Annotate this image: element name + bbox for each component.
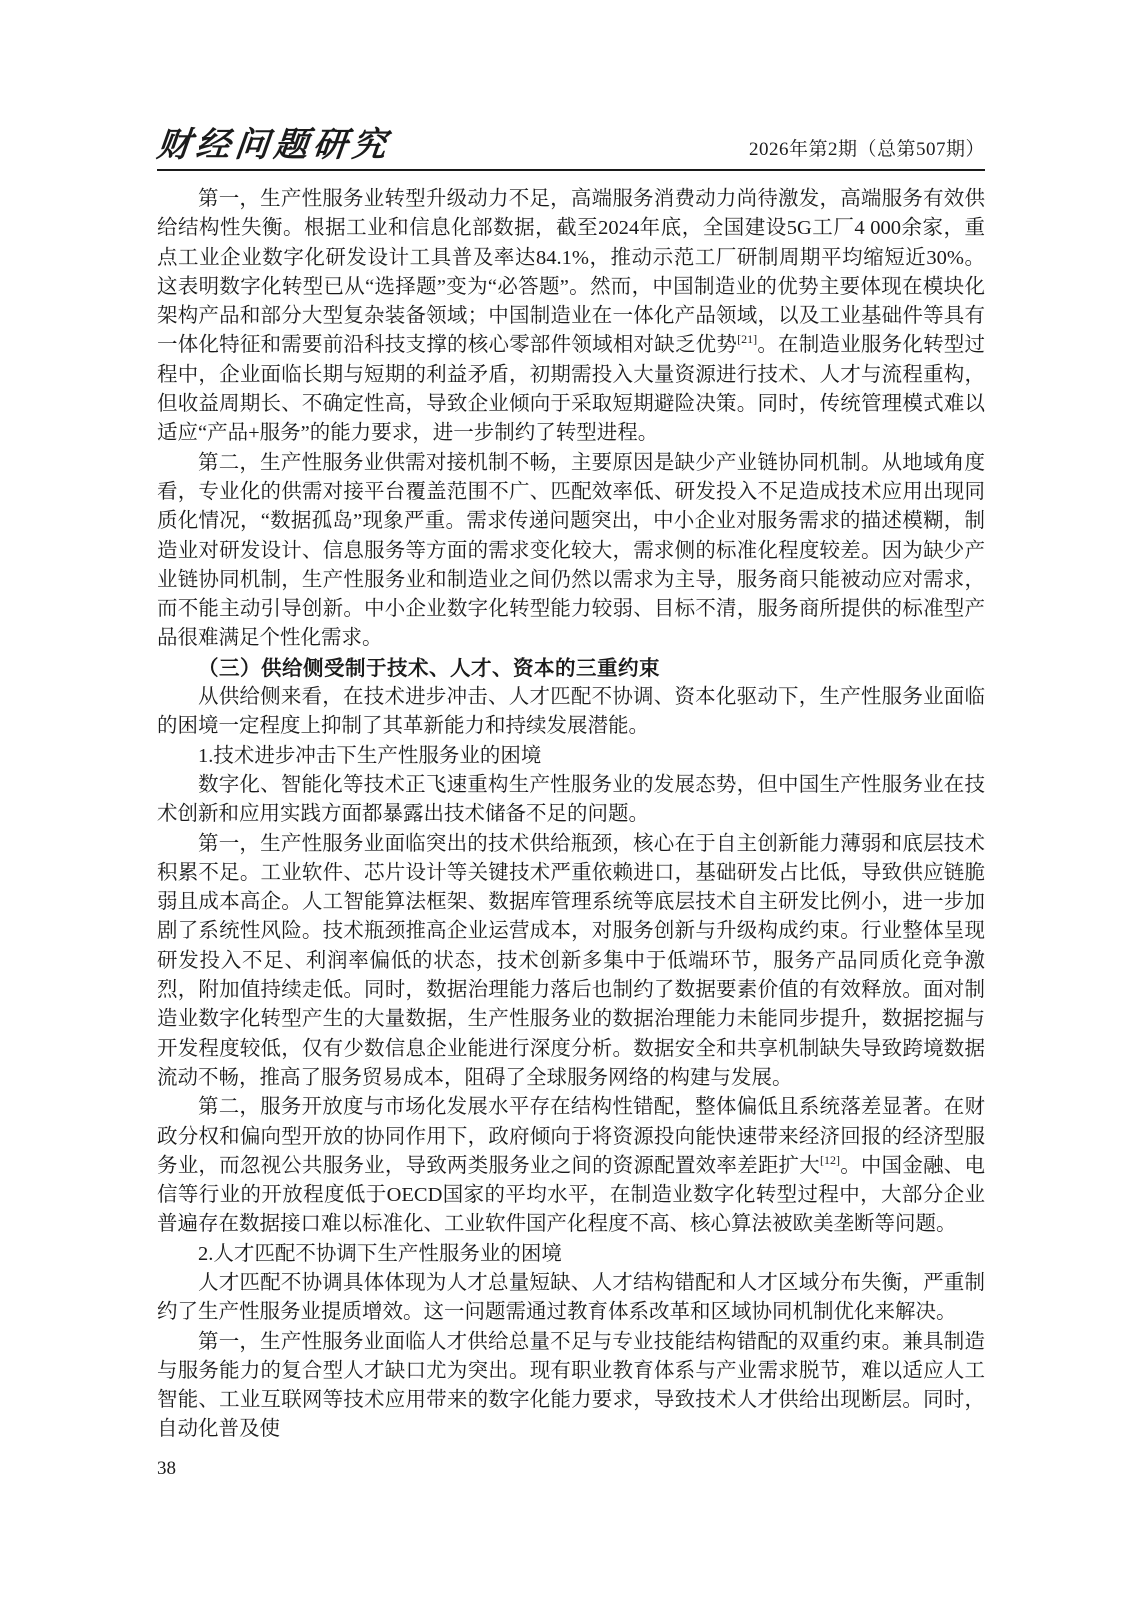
citation-ref: [21] <box>737 333 757 347</box>
article-body: 第一，生产性服务业转型升级动力不足，高端服务消费动力尚待激发，高端服务有效供给结… <box>157 185 985 1445</box>
body-paragraph: 从供给侧来看，在技术进步冲击、人才匹配不协调、资本化驱动下，生产性服务业面临的困… <box>157 683 985 742</box>
body-paragraph: 第二，生产性服务业供需对接机制不畅，主要原因是缺少产业链协同机制。从地域角度看，… <box>157 449 985 654</box>
body-paragraph: 第一，生产性服务业面临突出的技术供给瓶颈，核心在于自主创新能力薄弱和底层技术积累… <box>157 830 985 1094</box>
journal-page: 财经问题研究 2026年第2期（总第507期） 第一，生产性服务业转型升级动力不… <box>0 0 1140 1600</box>
body-paragraph: 人才匹配不协调具体体现为人才总量短缺、人才结构错配和人才区域分布失衡，严重制约了… <box>157 1269 985 1328</box>
sub-heading: 1.技术进步冲击下生产性服务业的困境 <box>157 742 985 771</box>
body-paragraph: 数字化、智能化等技术正飞速重构生产性服务业的发展态势，但中国生产性服务业在技术创… <box>157 771 985 830</box>
body-paragraph: 第一，生产性服务业转型升级动力不足，高端服务消费动力尚待激发，高端服务有效供给结… <box>157 185 985 449</box>
page-header: 财经问题研究 2026年第2期（总第507期） <box>157 128 985 171</box>
issue-info: 2026年第2期（总第507期） <box>749 140 985 162</box>
section-heading: （三）供给侧受制于技术、人才、资本的三重约束 <box>157 654 985 683</box>
body-paragraph: 第一，生产性服务业面临人才供给总量不足与专业技能结构错配的双重约束。兼具制造与服… <box>157 1328 985 1445</box>
page-number: 38 <box>157 1458 985 1480</box>
citation-ref: [12] <box>820 1153 840 1167</box>
body-paragraph: 第二，服务开放度与市场化发展水平存在结构性错配，整体偏低且系统落差显著。在财政分… <box>157 1093 985 1239</box>
journal-logo: 财经问题研究 <box>155 128 393 162</box>
sub-heading: 2.人才匹配不协调下生产性服务业的困境 <box>157 1240 985 1269</box>
